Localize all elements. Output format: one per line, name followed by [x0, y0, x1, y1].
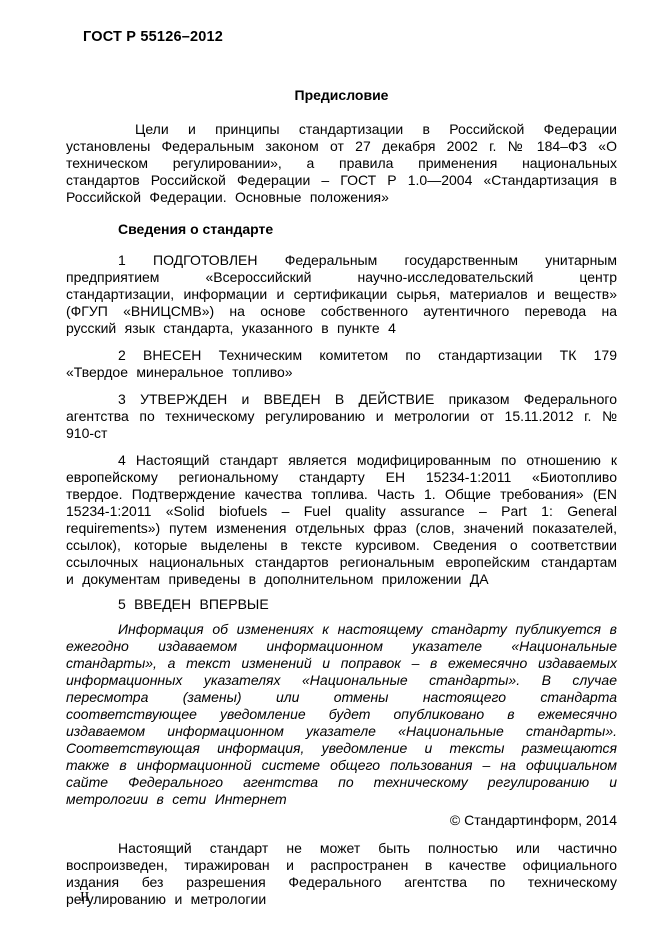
intro-paragraph: Цели и принципы стандартизации в Российс…: [66, 121, 617, 206]
document-content: Предисловие Цели и принципы стандартизац…: [66, 87, 617, 918]
standard-info-item-3: 3 УТВЕРЖДЕН и ВВЕДЕН В ДЕЙСТВИЕ приказом…: [66, 391, 617, 442]
document-page: ГОСТ Р 55126–2012 Предисловие Цели и при…: [0, 0, 661, 936]
standard-info-item-1: 1 ПОДГОТОВЛЕН Федеральным государственны…: [66, 252, 617, 337]
page-number: II: [80, 889, 89, 906]
standard-code-header: ГОСТ Р 55126–2012: [83, 29, 223, 46]
section-title: Сведения о стандарте: [66, 221, 617, 238]
standard-info-item-2: 2 ВНЕСЕН Техническим комитетом по станда…: [66, 347, 617, 381]
reproduction-restriction: Настоящий стандарт не может быть полност…: [66, 840, 617, 908]
copyright-line: © Стандартинформ, 2014: [66, 812, 617, 829]
amendments-notice: Информация об изменениях к настоящему ст…: [66, 621, 617, 808]
foreword-title: Предисловие: [66, 87, 617, 104]
standard-info-item-5: 5 ВВЕДЕН ВПЕРВЫЕ: [66, 596, 617, 613]
standard-info-item-4: 4 Настоящий стандарт является модифициро…: [66, 452, 617, 588]
